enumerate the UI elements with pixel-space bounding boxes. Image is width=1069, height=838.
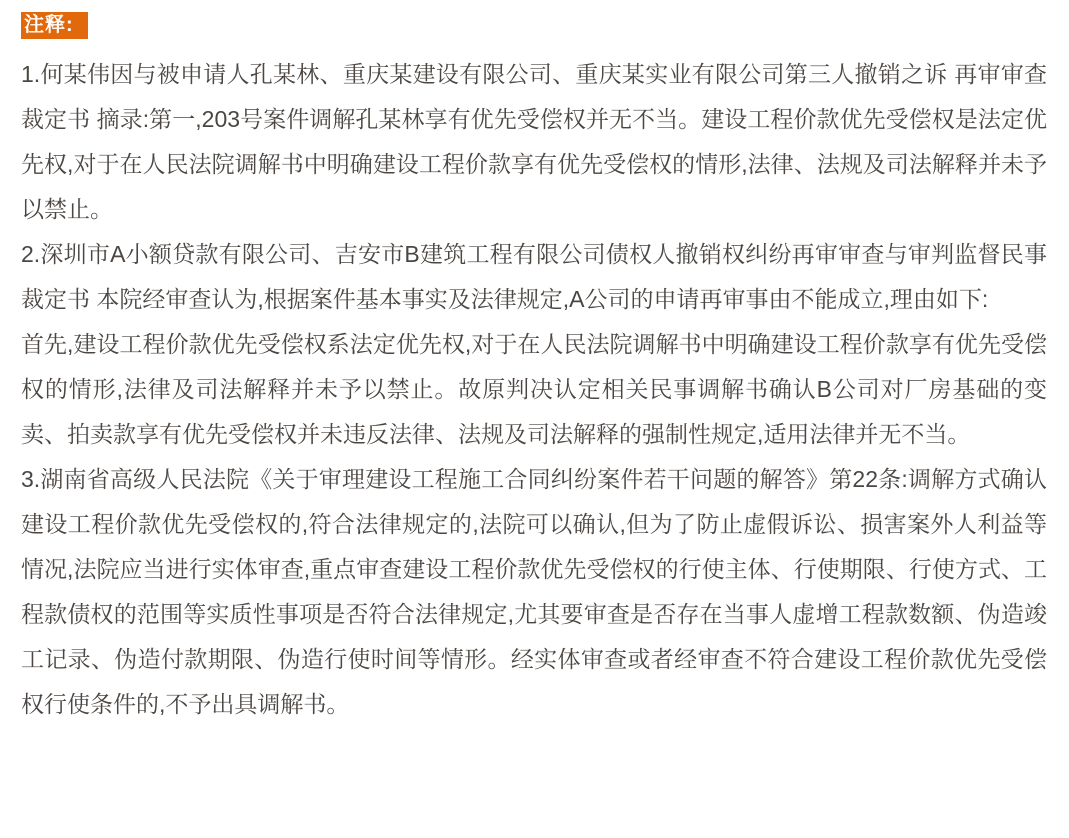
annotation-paragraph-3: 首先,建设工程价款优先受偿权系法定优先权,对于在人民法院调解书中明确建设工程价款… xyxy=(21,322,1047,457)
annotation-paragraph-1: 1.何某伟因与被申请人孔某林、重庆某建设有限公司、重庆某实业有限公司第三人撤销之… xyxy=(21,52,1047,232)
annotation-paragraph-2: 2.深圳市A小额贷款有限公司、吉安市B建筑工程有限公司债权人撤销权纠纷再审审查与… xyxy=(21,232,1047,322)
annotation-content: 1.何某伟因与被申请人孔某林、重庆某建设有限公司、重庆某实业有限公司第三人撤销之… xyxy=(21,52,1047,727)
note-highlight-label: 注释: xyxy=(21,12,88,39)
annotation-paragraph-4: 3.湖南省高级人民法院《关于审理建设工程施工合同纠纷案件若干问题的解答》第22条… xyxy=(21,457,1047,727)
document-page: 注释: 1.何某伟因与被申请人孔某林、重庆某建设有限公司、重庆某实业有限公司第三… xyxy=(0,0,1069,838)
note-heading-row: 注释: xyxy=(21,12,1047,39)
